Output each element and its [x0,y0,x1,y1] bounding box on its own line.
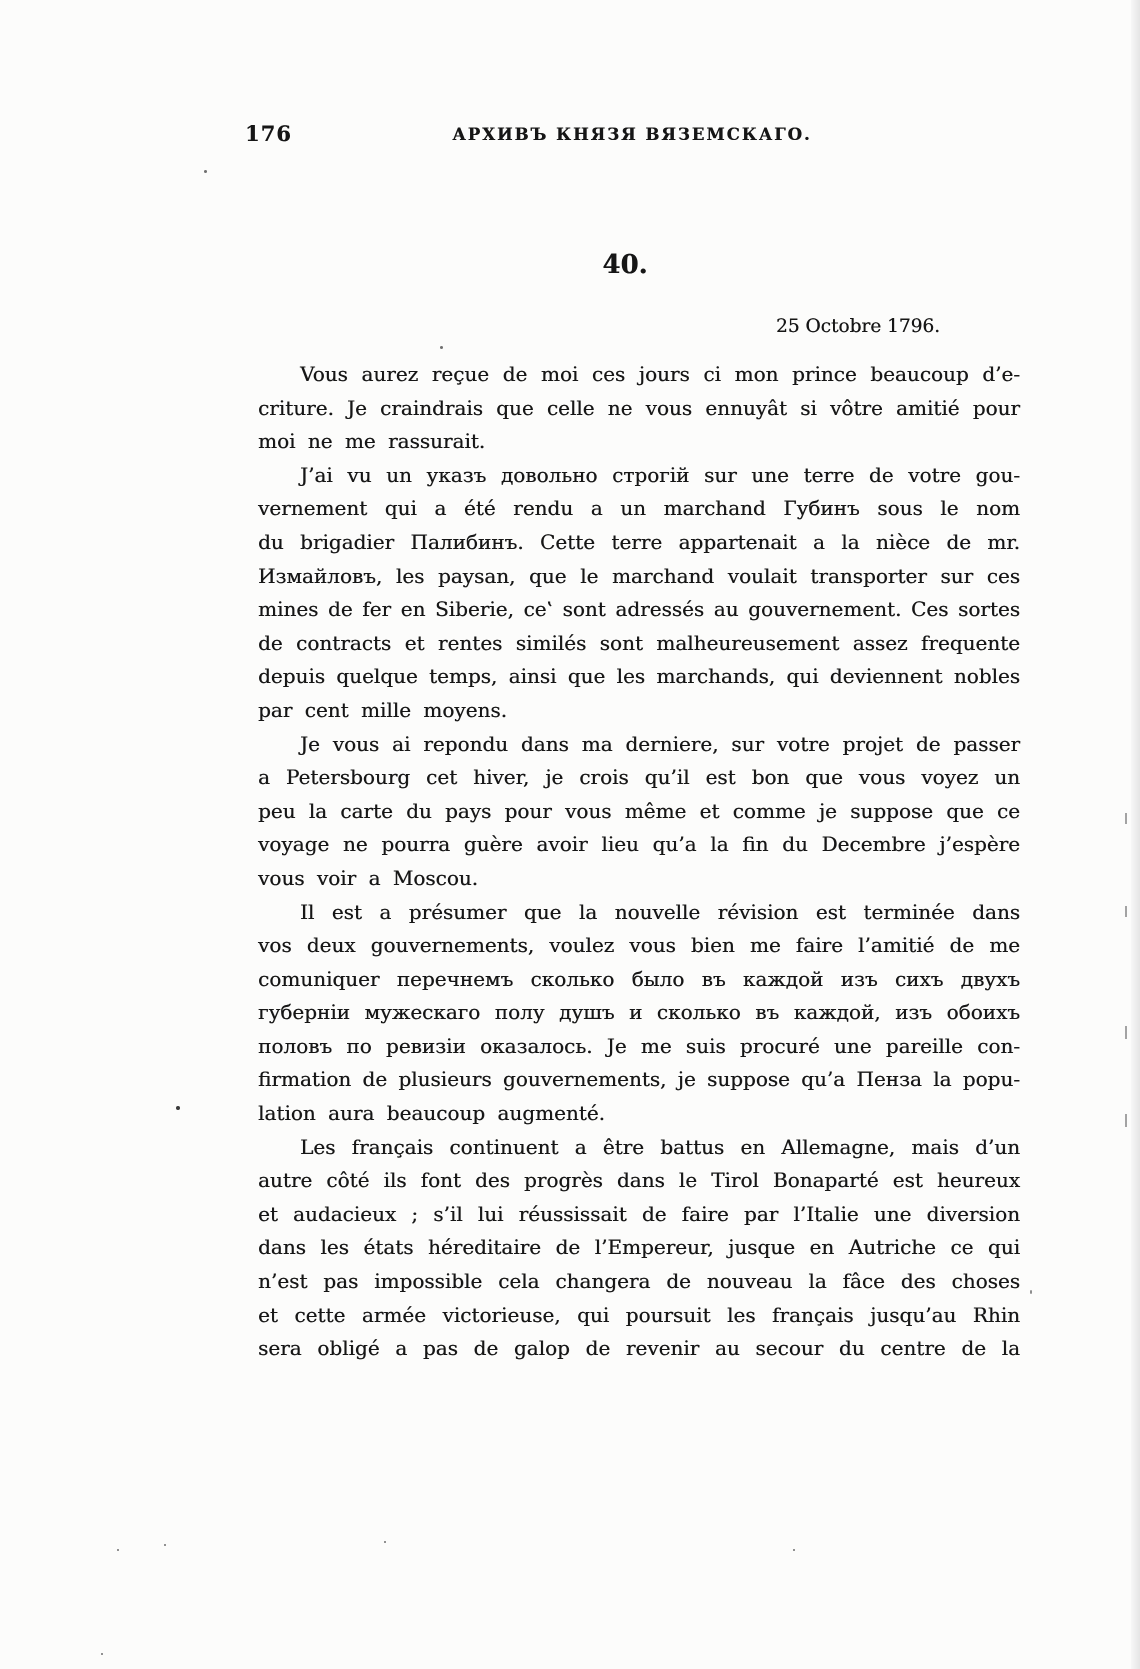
margin-mark [1125,813,1127,824]
letter-body: Vous aurez reçue de moi ces jours ci mon… [258,358,1020,1366]
ink-speck [101,1653,103,1655]
text-line: a Petersbourg cet hiver, je crois qu’il … [258,761,1020,795]
ink-speck [117,1549,119,1551]
text-line: половъ по ревизіи оказалось. Je me suis … [258,1030,1020,1064]
ink-speck [793,1549,795,1551]
text-line: criture. Je craindrais que celle ne vous… [258,392,1020,426]
text-line: n’est pas impossible cela changera de no… [258,1265,1020,1299]
text-line: du brigadier Палибинъ. Cette terre appar… [258,526,1020,560]
text-line: Les français continuent a être battus en… [258,1131,1020,1165]
scanned-page: 176 АРХИВЪ КНЯЗЯ ВЯЗЕМСКАГО. 40. 25 Octo… [0,0,1140,1669]
ink-speck [204,170,207,173]
text-line: Je vous ai repondu dans ma derniere, sur… [258,728,1020,762]
ink-speck [164,1544,166,1546]
scan-edge-shadow [1131,0,1140,1669]
text-line: depuis quelque temps, ainsi que les marc… [258,660,1020,694]
text-line: lation aura beaucoup augmenté. [258,1097,1020,1131]
text-line: autre côté ils font des progrès dans le … [258,1164,1020,1198]
text-line: Измайловъ, les paysan, que le marchand v… [258,560,1020,594]
text-line: de contracts et rentes similés sont malh… [258,627,1020,661]
margin-mark [1125,1026,1127,1039]
text-line: J’ai vu un указъ довольно строгій sur un… [258,459,1020,493]
text-line: mines de fer en Siberie, ce‛ sont adress… [258,593,1020,627]
margin-mark [1125,1114,1127,1127]
text-line: vos deux gouvernements, voulez vous bien… [258,929,1020,963]
text-column: 176 АРХИВЪ КНЯЗЯ ВЯЗЕМСКАГО. 40. 25 Octo… [258,0,1020,1669]
ink-speck [176,1106,180,1110]
ink-speck [384,1541,386,1543]
text-line: et audacieux ; s’il lui réussissait de f… [258,1198,1020,1232]
text-line: par cent mille moyens. [258,694,1020,728]
text-line: comuniquer перечнемъ сколько было въ каж… [258,963,1020,997]
margin-mark [1125,906,1127,917]
letter-number: 40. [258,250,1020,280]
text-line: sera obligé a pas de galop de revenir au… [258,1332,1020,1366]
text-line: et cette armée victorieuse, qui poursuit… [258,1299,1020,1333]
text-line: Vous aurez reçue de moi ces jours ci mon… [258,358,1020,392]
ink-speck [1030,1290,1032,1294]
text-line: moi ne me rassurait. [258,425,1020,459]
letter-date: 25 Octobre 1796. [776,316,940,337]
text-line: dans les états héreditaire de l’Empereur… [258,1231,1020,1265]
running-title: АРХИВЪ КНЯЗЯ ВЯЗЕМСКАГО. [258,125,1020,144]
text-line: vernement qui a été rendu a un marchand … [258,492,1020,526]
text-line: firmation de plusieurs gouvernements, je… [258,1063,1020,1097]
text-line: peu la carte du pays pour vous même et c… [258,795,1020,829]
text-line: губерніи мужескаго полу душъ и сколько в… [258,996,1020,1030]
ink-speck [440,346,443,349]
text-line: voyage ne pourra guère avoir lieu qu’a l… [258,828,1020,862]
text-line: vous voir a Moscou. [258,862,1020,896]
text-line: Il est a présumer que la nouvelle révisi… [258,896,1020,930]
